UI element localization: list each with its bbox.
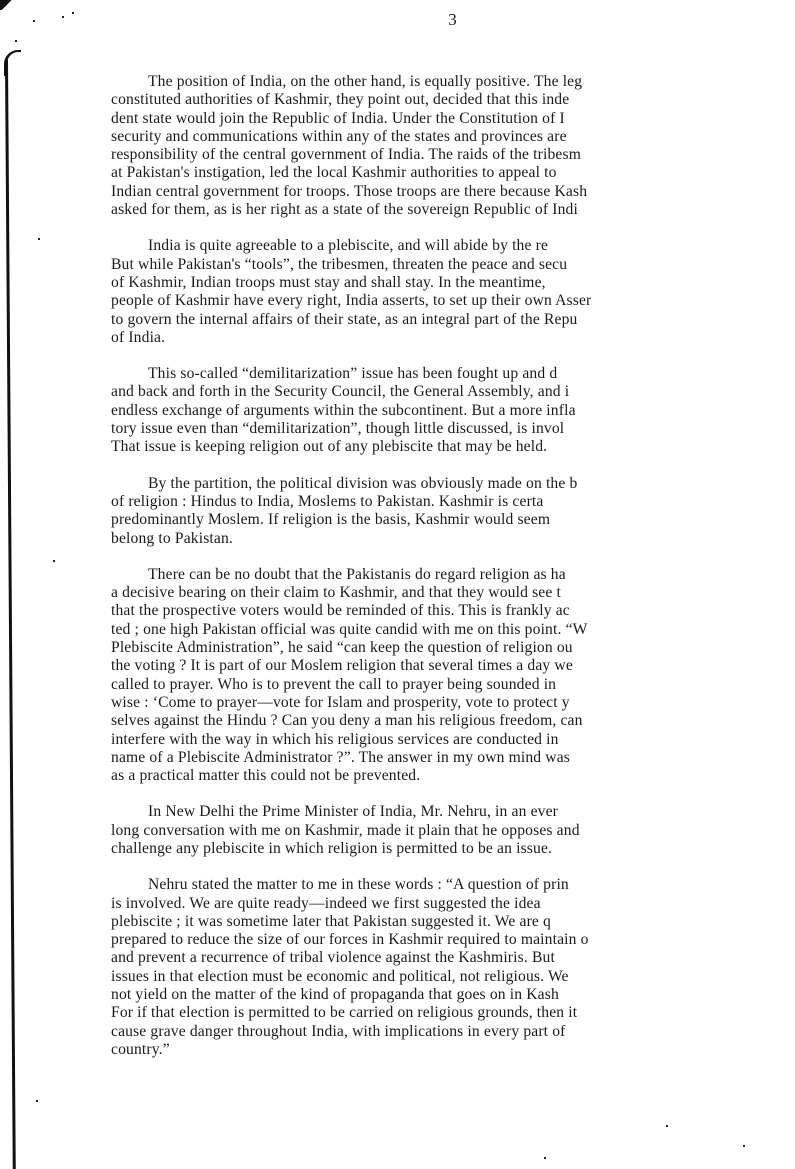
scan-speck — [544, 1157, 546, 1159]
paragraph-india-position: The position of India, on the other hand… — [111, 73, 795, 219]
scan-corner-mark — [0, 0, 14, 10]
text-line: is involved. We are quite ready—indeed w… — [111, 895, 763, 913]
text-line: In New Delhi the Prime Minister of India… — [111, 803, 763, 821]
text-line: challenge any plebiscite in which religi… — [111, 840, 763, 858]
binding-edge-line — [5, 60, 16, 1169]
scanned-document-page: 3 The position of India, on the other ha… — [0, 0, 795, 1169]
text-line: called to prayer. Who is to prevent the … — [111, 676, 763, 694]
text-line: There can be no doubt that the Pakistani… — [111, 566, 763, 584]
text-line: By the partition, the political division… — [111, 475, 763, 493]
scan-speck — [36, 1100, 38, 1102]
text-line: endless exchange of arguments within the… — [111, 402, 763, 420]
text-line: and back and forth in the Security Counc… — [111, 383, 763, 401]
paragraph-plebiscite-agreeable: India is quite agreeable to a plebiscite… — [111, 237, 795, 347]
text-line: long conversation with me on Kashmir, ma… — [111, 822, 763, 840]
text-line: country.” — [111, 1041, 763, 1059]
paragraph-partition: By the partition, the political division… — [111, 475, 795, 548]
text-line: of India. — [111, 329, 763, 347]
text-line: plebiscite ; it was sometime later that … — [111, 913, 763, 931]
scan-speck — [15, 40, 17, 42]
text-line: Nehru stated the matter to me in these w… — [111, 876, 763, 894]
body-text: The position of India, on the other hand… — [111, 73, 795, 1077]
scan-speck — [666, 1125, 668, 1127]
text-line: and prevent a recurrence of tribal viole… — [111, 949, 763, 967]
text-line: Plebiscite Administration”, he said “can… — [111, 639, 763, 657]
text-line: that the prospective voters would be rem… — [111, 602, 763, 620]
paragraph-nehru-quote: Nehru stated the matter to me in these w… — [111, 876, 795, 1059]
text-line: of religion : Hindus to India, Moslems t… — [111, 493, 763, 511]
text-line: selves against the Hindu ? Can you deny … — [111, 712, 763, 730]
text-line: dent state would join the Republic of In… — [111, 110, 763, 128]
text-line: Indian central government for troops. Th… — [111, 183, 763, 201]
text-line: But while Pakistan's “tools”, the tribes… — [111, 256, 763, 274]
text-line: interfere with the way in which his reli… — [111, 731, 763, 749]
text-line: of Kashmir, Indian troops must stay and … — [111, 274, 763, 292]
paragraph-nehru-conversation: In New Delhi the Prime Minister of India… — [111, 803, 795, 858]
text-line: name of a Plebiscite Administrator ?”. T… — [111, 749, 763, 767]
text-line: to govern the internal affairs of their … — [111, 311, 763, 329]
text-line: asked for them, as is her right as a sta… — [111, 201, 763, 219]
text-line: not yield on the matter of the kind of p… — [111, 986, 763, 1004]
text-line: security and communications within any o… — [111, 128, 763, 146]
text-line: The position of India, on the other hand… — [111, 73, 763, 91]
scan-speck — [743, 1145, 745, 1147]
text-line: predominantly Moslem. If religion is the… — [111, 511, 763, 529]
scan-speck — [38, 238, 40, 240]
scan-speck — [53, 560, 55, 562]
text-line: ted ; one high Pakistan official was qui… — [111, 621, 763, 639]
text-line: wise : ‘Come to prayer—vote for Islam an… — [111, 694, 763, 712]
page-number: 3 — [0, 10, 795, 30]
paragraph-demilitarization: This so-called “demilitarization” issue … — [111, 365, 795, 456]
text-line: people of Kashmir have every right, Indi… — [111, 292, 763, 310]
text-line: responsibility of the central government… — [111, 146, 763, 164]
text-line: as a practical matter this could not be … — [111, 767, 763, 785]
text-line: This so-called “demilitarization” issue … — [111, 365, 763, 383]
text-line: For if that election is permitted to be … — [111, 1004, 763, 1022]
text-line: constituted authorities of Kashmir, they… — [111, 91, 763, 109]
text-line: India is quite agreeable to a plebiscite… — [111, 237, 763, 255]
text-line: a decisive bearing on their claim to Kas… — [111, 584, 763, 602]
paragraph-pakistani-religion: There can be no doubt that the Pakistani… — [111, 566, 795, 786]
text-line: tory issue even than “demilitarization”,… — [111, 420, 763, 438]
text-line: issues in that election must be economic… — [111, 968, 763, 986]
text-line: cause grave danger throughout India, wit… — [111, 1023, 763, 1041]
text-line: That issue is keeping religion out of an… — [111, 438, 763, 456]
text-line: prepared to reduce the size of our force… — [111, 931, 763, 949]
text-line: at Pakistan's instigation, led the local… — [111, 164, 763, 182]
text-line: the voting ? It is part of our Moslem re… — [111, 657, 763, 675]
text-line: belong to Pakistan. — [111, 530, 763, 548]
